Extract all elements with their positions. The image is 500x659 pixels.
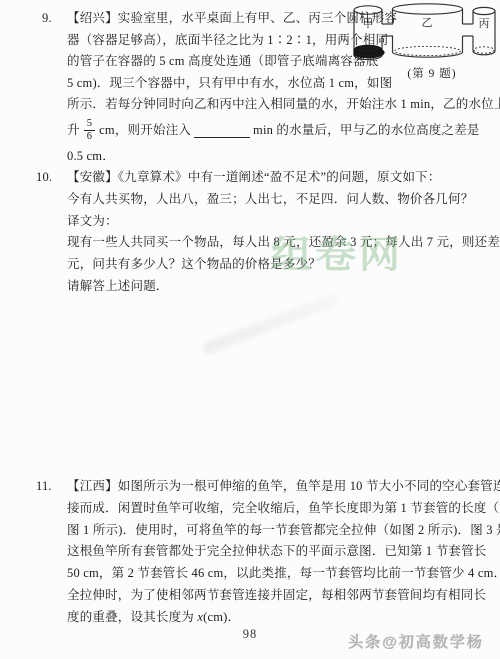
cylinders-diagram-icon: 甲 乙 丙 bbox=[351, 3, 499, 63]
author-watermark: 头条@初高数学杨 bbox=[348, 631, 484, 652]
answer-blank bbox=[194, 124, 250, 138]
problem-10-line-5: 元，问共有多少人？这个物品的价格是多少？ bbox=[36, 254, 498, 276]
problem-9-line-6-pre: 升 bbox=[67, 120, 80, 142]
cylinder-label-jia: 甲 bbox=[363, 17, 374, 30]
problem-9-number: 9. bbox=[42, 8, 52, 30]
problem-11-text: 【江西】如图所示为一根可伸缩的鱼竿，鱼竿是用 10 节大小不同的空心套管连 bbox=[67, 479, 500, 493]
problem-10-text: 【安徽】《九章算术》中有一道阐述“盈不足术”的问题，原文如下： bbox=[67, 170, 441, 184]
problem-11-line-4: 这根鱼竿所有套管都处于完全拉伸状态下的平面示意图．已知第 1 节套管长 bbox=[36, 541, 498, 563]
problem-10-line-1: 10. 【安徽】《九章算术》中有一道阐述“盈不足术”的问题，原文如下： bbox=[36, 167, 498, 189]
page: 9. 【绍兴】实验室里，水平桌面上有甲、乙、丙三个圆柱形容 器（容器足够高），底… bbox=[0, 0, 500, 659]
problem-9-line-6: 升 5 6 cm，则开始注入 min 的水量后，甲与乙的水位高度之差是 bbox=[40, 116, 498, 146]
problem-11-line-3: 图 1 所示)．使用时，可将鱼竿的每一节套管都完全拉伸（如图 2 所示)．图 3… bbox=[36, 520, 498, 542]
problem-9-figure: 甲 乙 丙 (第 9 题) bbox=[351, 3, 499, 81]
problem-10-line-2: 今有人共买物，人出八，盈三；人出七，不足四．问人数、物价各几何？ bbox=[36, 189, 498, 211]
problem-9-text: 【绍兴】实验室里，水平桌面上有甲、乙、丙三个圆柱形容 bbox=[67, 11, 397, 25]
problem-11: 11. 【江西】如图所示为一根可伸缩的鱼竿，鱼竿是用 10 节大小不同的空心套管… bbox=[36, 476, 498, 629]
problem-11-line-2: 接而成．闲置时鱼竿可收缩，完全收缩后，鱼竿长度即为第 1 节套管的长度（如 bbox=[36, 498, 498, 520]
faint-diagonal-watermark bbox=[201, 292, 341, 355]
problem-9-line-7: 0.5 cm． bbox=[40, 146, 498, 168]
problem-11-line-6: 全拉伸时，为了使相邻两节套管连接并固定，每相邻两节套管间均有相同长 bbox=[36, 585, 498, 607]
problem-11-line-7-pre: 度的重叠，设其长度为 bbox=[67, 610, 197, 624]
cylinder-label-bing: 丙 bbox=[479, 17, 490, 30]
problem-11-line-7: 度的重叠，设其长度为 x(cm)． bbox=[36, 607, 498, 629]
problem-10: 10. 【安徽】《九章算术》中有一道阐述“盈不足术”的问题，原文如下： 今有人共… bbox=[36, 167, 498, 298]
problem-11-number: 11. bbox=[36, 476, 52, 498]
problem-9-line-6-post: min 的水量后，甲与乙的水位高度之差是 bbox=[253, 120, 480, 142]
problem-10-line-6: 请解答上述问题． bbox=[36, 276, 498, 298]
figure-caption: (第 9 题) bbox=[377, 65, 487, 81]
problem-11-line-1: 11. 【江西】如图所示为一根可伸缩的鱼竿，鱼竿是用 10 节大小不同的空心套管… bbox=[36, 476, 498, 498]
cylinder-label-yi: 乙 bbox=[422, 16, 433, 29]
problem-10-number: 10. bbox=[36, 167, 52, 189]
fraction-five-sixths: 5 6 bbox=[84, 118, 95, 143]
problem-11-line-7-post: (cm)． bbox=[203, 610, 240, 624]
problem-10-line-3: 译文为： bbox=[36, 211, 498, 233]
problem-11-line-5: 50 cm，第 2 节套管长 46 cm，以此类推，每一节套管均比前一节套管少 … bbox=[36, 563, 498, 585]
problem-9-line-5: 所示．若每分钟同时向乙和丙中注入相同量的水，开始注水 1 min，乙的水位上 bbox=[40, 94, 498, 116]
problem-9-line-6-mid: cm，则开始注入 bbox=[99, 120, 191, 142]
problem-10-line-4: 现有一些人共同买一个物品，每人出 8 元，还盈余 3 元；每人出 7 元，则还差… bbox=[36, 232, 498, 254]
